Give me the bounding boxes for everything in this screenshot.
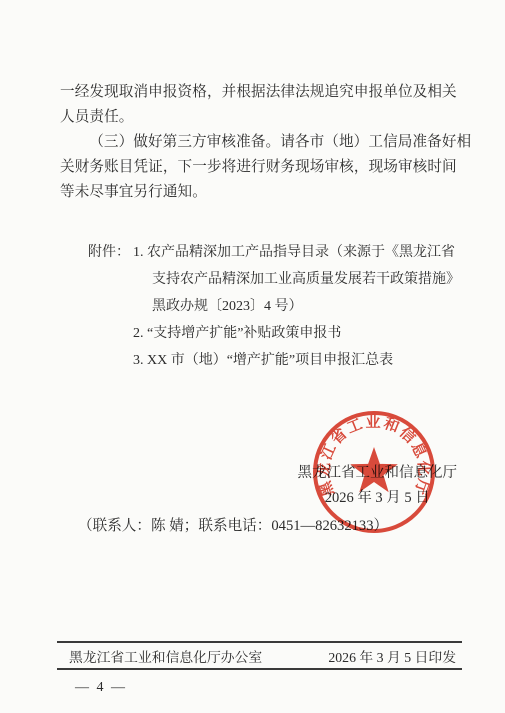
- attachments-list: 1. 农产品精深加工产品指导目录（来源于《黑龙江省 支持农产品精深加工业高质量发…: [133, 239, 460, 374]
- footer-rule-top: [57, 641, 462, 643]
- official-seal-stamp: 黑龙江省工业和信息化厅: [306, 404, 442, 540]
- footer-office: 黑龙江省工业和信息化厅办公室: [69, 646, 262, 666]
- footer-row: 黑龙江省工业和信息化厅办公室 2026 年 3 月 5 日印发: [57, 644, 462, 667]
- body-line: （三）做好第三方审核准备。请各市（地）工信局准备好相: [60, 130, 471, 155]
- body-line: 关财务账目凭证，下一步将进行财务现场审核，现场审核时间: [60, 155, 471, 180]
- footer-print-date: 2026 年 3 月 5 日印发: [328, 646, 456, 666]
- body-line: 一经发现取消申报资格，并根据法律法规追究申报单位及相关: [60, 80, 471, 105]
- attachment-item: 2. “支持增产扩能”补贴政策申报书: [133, 320, 460, 347]
- attachments-block: 附件： 1. 农产品精深加工产品指导目录（来源于《黑龙江省 支持农产品精深加工业…: [88, 239, 460, 374]
- body-line: 等未尽事宜另行通知。: [60, 180, 471, 205]
- seal-star-icon: [350, 447, 398, 492]
- attachments-label: 附件：: [88, 239, 130, 266]
- attachment-item: 1. 农产品精深加工产品指导目录（来源于《黑龙江省: [133, 239, 460, 266]
- attachment-item-continuation: 黑政办规〔2023〕4 号）: [133, 293, 460, 320]
- page-number: — 4 —: [75, 680, 127, 696]
- attachment-item-continuation: 支持农产品精深加工业高质量发展若干政策措施》: [133, 266, 460, 293]
- footer-rule-bottom: [57, 668, 462, 670]
- body-line: 人员责任。: [60, 105, 471, 130]
- body-text: 一经发现取消申报资格，并根据法律法规追究申报单位及相关 人员责任。 （三）做好第…: [60, 80, 471, 205]
- attachment-item: 3. XX 市（地）“增产扩能”项目申报汇总表: [133, 347, 460, 374]
- scanned-document-page: { "page": { "seal_color": "#d93b2b" }, "…: [0, 0, 505, 713]
